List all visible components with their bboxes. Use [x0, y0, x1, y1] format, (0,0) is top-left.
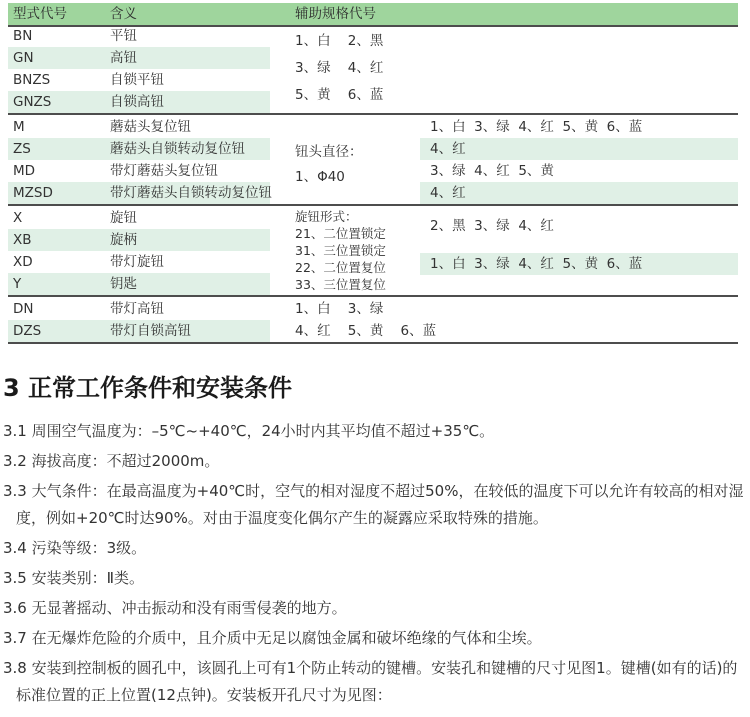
row-stripe — [8, 47, 270, 69]
row-code: DN — [13, 298, 34, 320]
row-stripe — [420, 138, 738, 160]
spec-table: 型式代号 含义 辅助规格代号 BN 平钮 GN 高钮 BNZS 自锁平钮 GNZ… — [0, 0, 750, 346]
table-header-meaning: 含义 — [110, 3, 137, 25]
row-meaning: 自锁平钮 — [110, 69, 164, 91]
color-spec-line: 1、白 3、绿 4、红 5、黄 6、蓝 — [430, 253, 642, 275]
table-header-aux-spec: 辅助规格代号 — [295, 3, 376, 25]
color-spec-line: 5、黄 6、蓝 — [295, 85, 383, 105]
divider-line — [8, 342, 738, 344]
row-code: MD — [13, 160, 35, 182]
row-meaning: 带灯蘑菇头自锁转动复位钮 — [110, 182, 272, 204]
paragraph-3-7: 3.7 在无爆炸危险的介质中，且介质中无足以腐蚀金属和破坏绝缘的气体和尘埃。 — [3, 625, 748, 652]
row-meaning: 高钮 — [110, 47, 137, 69]
head-diameter-value: 1、Φ40 — [295, 168, 345, 186]
divider-line — [8, 113, 738, 115]
paragraph-3-6: 3.6 无显著摇动、冲击振动和没有雨雪侵袭的地方。 — [3, 595, 748, 622]
paragraph-3-4: 3.4 污染等级：3级。 — [3, 535, 748, 562]
paragraph-3-1: 3.1 周围空气温度为：–5℃~+40℃，24小时内其平均值不超过+35℃。 — [3, 418, 748, 445]
row-meaning: 带灯旋钮 — [110, 251, 164, 273]
table-header-row: 型式代号 含义 辅助规格代号 — [8, 3, 738, 27]
divider-line — [8, 204, 738, 206]
paragraph-3-3: 3.3 大气条件：在最高温度为+40℃时，空气的相对湿度不超过50%，在较低的温… — [3, 478, 748, 532]
row-meaning: 蘑菇头复位钮 — [110, 116, 191, 138]
knob-form-line: 33、三位置复位 — [295, 277, 386, 293]
knob-form-line: 31、三位置锁定 — [295, 243, 386, 259]
head-diameter-label: 钮头直径： — [295, 143, 363, 161]
color-spec-line: 4、红 — [430, 182, 466, 204]
knob-form-line: 21、二位置锁定 — [295, 226, 386, 242]
row-code: GN — [13, 47, 34, 69]
row-meaning: 旋柄 — [110, 229, 137, 251]
row-meaning: 旋钮 — [110, 207, 137, 229]
paragraph-3-8: 3.8 安装到控制板的圆孔中，该圆孔上可有1个防止转动的键槽。安装孔和键槽的尺寸… — [3, 655, 748, 709]
row-meaning: 带灯高钮 — [110, 298, 164, 320]
row-code: XD — [13, 251, 33, 273]
knob-form-line: 旋钮形式： — [295, 209, 358, 225]
color-spec-line: 1、白 2、黑 — [295, 31, 383, 51]
row-meaning: 带灯蘑菇头复位钮 — [110, 160, 218, 182]
table-header-model-code: 型式代号 — [13, 3, 67, 25]
color-spec-line: 1、白 3、绿 4、红 5、黄 6、蓝 — [430, 116, 642, 138]
row-code: M — [13, 116, 25, 138]
row-code: GNZS — [13, 91, 51, 113]
row-code: XB — [13, 229, 32, 251]
row-code: BN — [13, 25, 32, 47]
row-code: DZS — [13, 320, 41, 342]
row-meaning: 自锁高钮 — [110, 91, 164, 113]
row-meaning: 蘑菇头自锁转动复位钮 — [110, 138, 245, 160]
row-stripe — [8, 229, 270, 251]
row-meaning: 平钮 — [110, 25, 137, 47]
color-spec-line: 4、红 5、黄 6、蓝 — [295, 320, 436, 342]
color-spec-line: 2、黑 3、绿 4、红 — [430, 216, 554, 236]
row-code: MZSD — [13, 182, 53, 204]
row-code: BNZS — [13, 69, 50, 91]
color-spec-line: 3、绿 4、红 — [295, 58, 383, 78]
color-spec-line: 4、红 — [430, 138, 466, 160]
row-stripe — [420, 182, 738, 204]
row-code: Y — [13, 273, 21, 295]
paragraph-3-2: 3.2 海拔高度：不超过2000m。 — [3, 448, 748, 475]
row-stripe — [8, 273, 270, 295]
row-code: ZS — [13, 138, 31, 160]
row-code: X — [13, 207, 22, 229]
color-spec-line: 1、白 3、绿 — [295, 298, 383, 320]
divider-line — [8, 295, 738, 297]
knob-form-line: 22、二位置复位 — [295, 260, 386, 276]
paragraph-3-5: 3.5 安装类别：Ⅱ类。 — [3, 565, 748, 592]
color-spec-line: 3、绿 4、红 5、黄 — [430, 160, 554, 182]
page: 型式代号 含义 辅助规格代号 BN 平钮 GN 高钮 BNZS 自锁平钮 GNZ… — [0, 0, 750, 717]
section-heading: 3 正常工作条件和安装条件 — [3, 372, 748, 404]
section-3: 3 正常工作条件和安装条件 3.1 周围空气温度为：–5℃~+40℃，24小时内… — [3, 372, 748, 712]
row-meaning: 钥匙 — [110, 273, 137, 295]
row-meaning: 带灯自锁高钮 — [110, 320, 191, 342]
